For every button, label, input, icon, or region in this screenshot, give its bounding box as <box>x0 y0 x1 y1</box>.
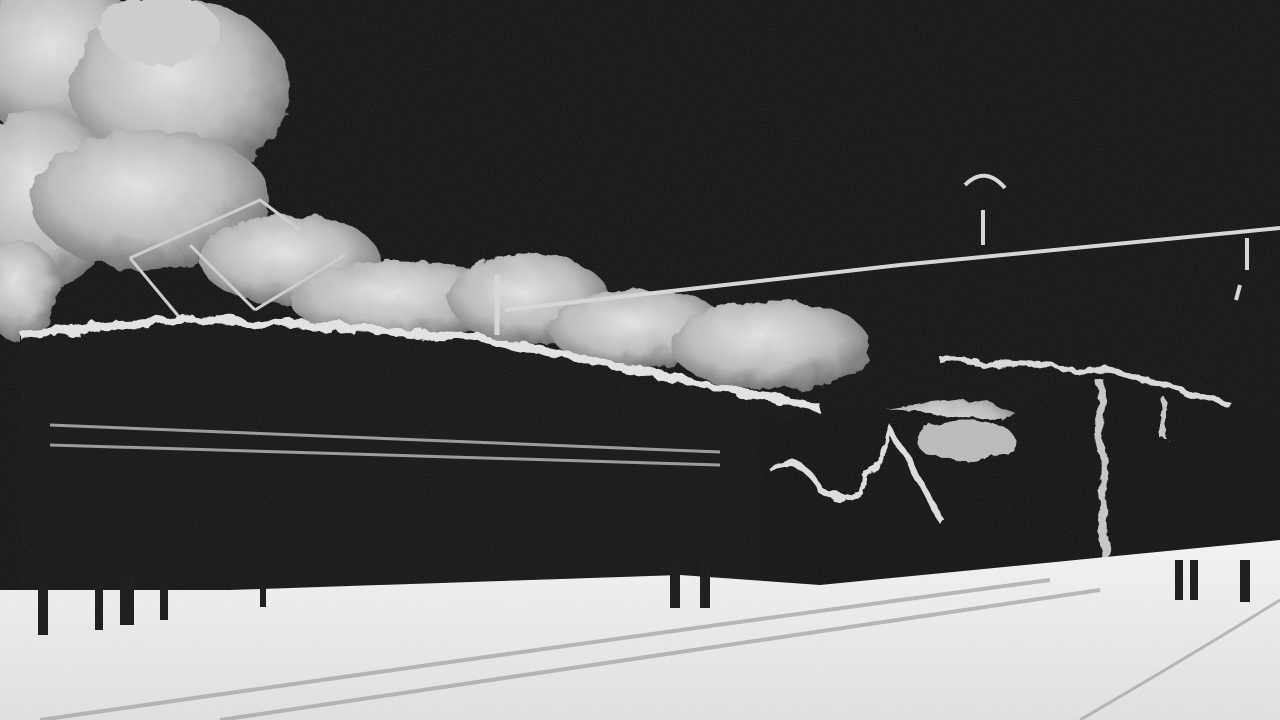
scene-artwork <box>0 0 1280 720</box>
train-wreck-scene <box>0 0 1280 720</box>
film-grain <box>0 0 1280 720</box>
